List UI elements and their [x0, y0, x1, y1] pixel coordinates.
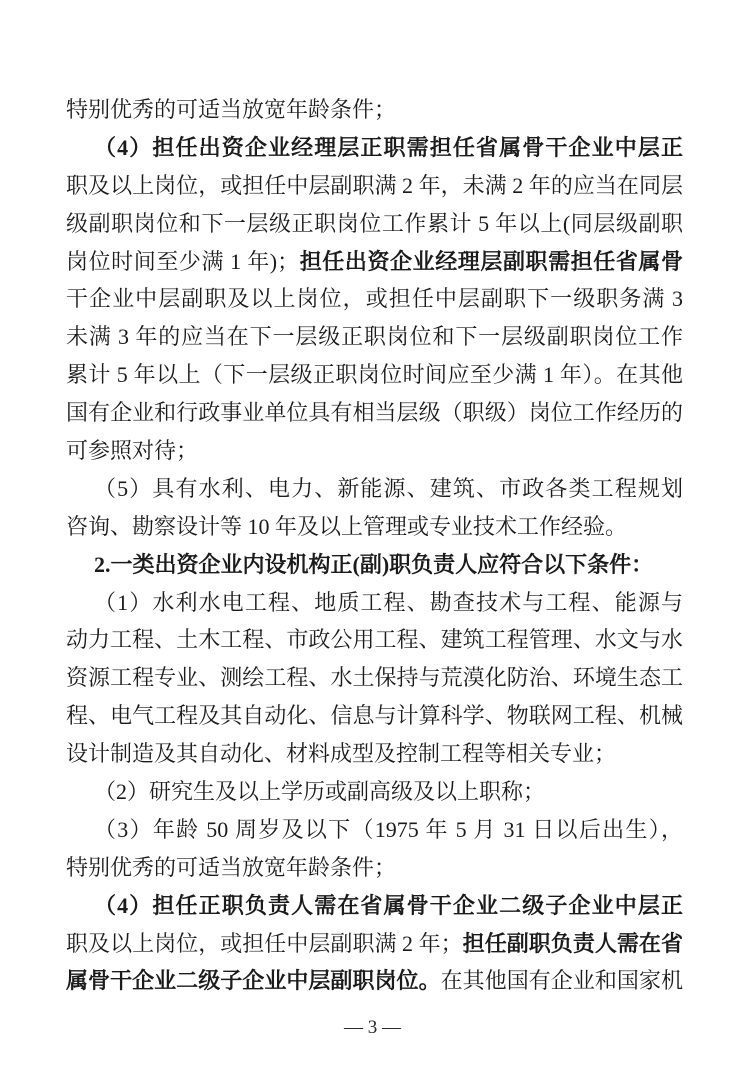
text-run: （1）水利水电工程、地质工程、勘查技术与工程、能源与 [94, 590, 683, 615]
text-run: 资源工程专业、测绘工程、水土保持与荒漠化防治、环境生态工 [66, 665, 683, 690]
text-line: （3）年龄 50 周岁及以下（1975 年 5 月 31 日以后出生）， [66, 811, 683, 849]
text-line: 岗位时间至少满 1 年)；担任出资企业经理层副职需担任省属骨 [66, 243, 683, 281]
bold-text-run: 担任副职负责人需在省 [463, 931, 683, 956]
text-line: 2.一类出资企业内设机构正(副)职负责人应符合以下条件： [66, 546, 683, 584]
bold-text-run: 2.一类出资企业内设机构正(副)职负责人应符合以下条件： [94, 552, 653, 577]
document-page: 特别优秀的可适当放宽年龄条件；（4）担任出资企业经理层正职需担任省属骨干企业中层… [0, 0, 745, 1083]
text-line: （5）具有水利、电力、新能源、建筑、市政各类工程规划 [66, 470, 683, 508]
text-run: 特别优秀的可适当放宽年龄条件； [66, 855, 396, 880]
text-run: 可参照对待； [66, 438, 198, 463]
text-line: 设计制造及其自动化、材料成型及控制工程等相关专业； [66, 735, 683, 773]
text-line: 动力工程、土木工程、市政公用工程、建筑工程管理、水文与水 [66, 621, 683, 659]
text-run: 特别优秀的可适当放宽年龄条件； [66, 97, 396, 122]
text-run: （3）年龄 50 周岁及以下（1975 年 5 月 31 日以后出生）， [94, 817, 683, 842]
text-line: 级副职岗位和下一层级正职岗位工作累计 5 年以上(同层级副职 [66, 205, 683, 243]
bold-text-run: （4）担任正职负责人需在省属骨干企业二级子企业中层正 [94, 893, 683, 918]
text-run: 级副职岗位和下一层级正职岗位工作累计 5 年以上(同层级副职 [66, 211, 683, 236]
text-run: 岗位时间至少满 1 年)； [66, 249, 299, 274]
text-line: 干企业中层副职及以上岗位，或担任中层副职下一级职务满 3 年， [66, 280, 683, 318]
text-run: 干企业中层副职及以上岗位，或担任中层副职下一级职务满 3 年， [66, 286, 683, 318]
text-line: 咨询、勘察设计等 10 年及以上管理或专业技术工作经验。 [66, 508, 683, 546]
text-run: 国有企业和行政事业单位具有相当层级（职级）岗位工作经历的 [66, 400, 683, 425]
text-run: （5）具有水利、电力、新能源、建筑、市政各类工程规划 [94, 476, 683, 501]
text-line: 特别优秀的可适当放宽年龄条件； [66, 849, 683, 887]
text-line: 职及以上岗位，或担任中层副职满 2 年；担任副职负责人需在省 [66, 925, 683, 963]
text-run: 程、电气工程及其自动化、信息与计算科学、物联网工程、机械 [66, 703, 683, 728]
text-run: （2）研究生及以上学历或副高级及以上职称； [94, 779, 545, 804]
bold-text-run: （4）担任出资企业经理层正职需担任省属骨干企业中层正 [94, 135, 683, 160]
text-run: 在其他国有企业和国家机 [441, 968, 683, 993]
text-run: 职及以上岗位，或担任中层副职满 2 年； [66, 931, 463, 956]
text-run: 累计 5 年以上（下一层级正职岗位时间应至少满 1 年）。在其他 [66, 362, 683, 387]
text-line: （2）研究生及以上学历或副高级及以上职称； [66, 773, 683, 811]
document-body: 特别优秀的可适当放宽年龄条件；（4）担任出资企业经理层正职需担任省属骨干企业中层… [66, 91, 683, 1000]
text-run: 咨询、勘察设计等 10 年及以上管理或专业技术工作经验。 [66, 514, 627, 539]
text-line: 程、电气工程及其自动化、信息与计算科学、物联网工程、机械 [66, 697, 683, 735]
text-line: 国有企业和行政事业单位具有相当层级（职级）岗位工作经历的 [66, 394, 683, 432]
text-line: （1）水利水电工程、地质工程、勘查技术与工程、能源与 [66, 584, 683, 622]
text-line: 可参照对待； [66, 432, 683, 470]
text-line: 未满 3 年的应当在下一层级正职岗位和下一层级副职岗位工作 [66, 318, 683, 356]
text-run: 动力工程、土木工程、市政公用工程、建筑工程管理、水文与水 [66, 627, 683, 652]
text-line: 特别优秀的可适当放宽年龄条件； [66, 91, 683, 129]
page-number: — 3 — [344, 1017, 401, 1038]
text-run: 设计制造及其自动化、材料成型及控制工程等相关专业； [66, 741, 616, 766]
text-line: 累计 5 年以上（下一层级正职岗位时间应至少满 1 年）。在其他 [66, 356, 683, 394]
bold-text-run: 担任出资企业经理层副职需担任省属骨 [299, 249, 683, 274]
text-line: 资源工程专业、测绘工程、水土保持与荒漠化防治、环境生态工 [66, 659, 683, 697]
text-run: 职及以上岗位，或担任中层副职满 2 年，未满 2 年的应当在同层 [66, 173, 683, 198]
text-line: 职及以上岗位，或担任中层副职满 2 年，未满 2 年的应当在同层 [66, 167, 683, 205]
text-line: （4）担任正职负责人需在省属骨干企业二级子企业中层正 [66, 887, 683, 925]
text-line: （4）担任出资企业经理层正职需担任省属骨干企业中层正 [66, 129, 683, 167]
text-run: 未满 3 年的应当在下一层级正职岗位和下一层级副职岗位工作 [66, 324, 683, 349]
page-footer: — 3 — [0, 1014, 745, 1042]
text-line: 属骨干企业二级子企业中层副职岗位。在其他国有企业和国家机 [66, 962, 683, 1000]
bold-text-run: 属骨干企业二级子企业中层副职岗位。 [66, 968, 441, 993]
